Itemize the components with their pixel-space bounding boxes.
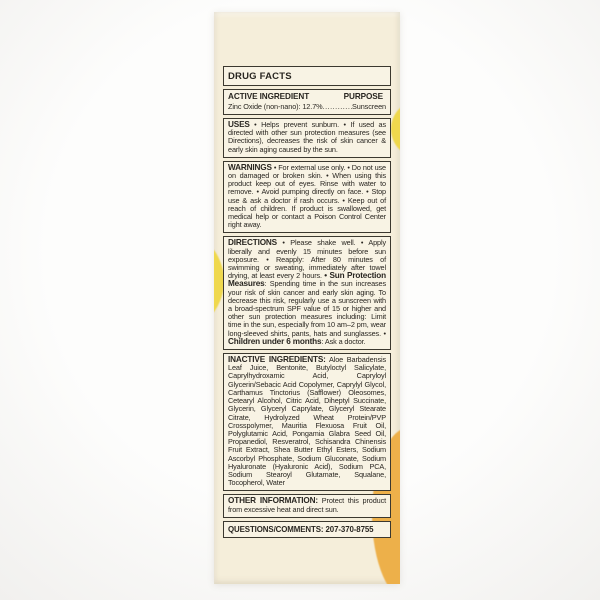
inactive-ingredients-section: INACTIVE INGREDIENTS: Aloe Barbadensis L… [223,353,391,491]
drug-facts-title-box: DRUG FACTS [223,66,391,86]
drug-facts-label: DRUG FACTS ACTIVE INGREDIENT PURPOSE Zin… [223,66,391,538]
warnings-text: • For external use only. • Do not use on… [228,163,386,229]
inactive-ingredients-text: Aloe Barbadensis Leaf Juice, Bentonite, … [228,355,386,487]
uses-section: USES • Helps prevent sunburn. • If used … [223,118,391,158]
purpose-value: Sunscreen [352,102,386,111]
directions-text-3: : Ask a doctor. [321,337,365,346]
drug-facts-title: DRUG FACTS [228,71,292,82]
active-ingredient-header-row: ACTIVE INGREDIENT PURPOSE [228,92,386,101]
questions-comments-label: QUESTIONS/COMMENTS: [228,525,323,534]
questions-comments-section: QUESTIONS/COMMENTS: 207-370-8755 [223,521,391,538]
other-information-section: OTHER INFORMATION: Protect this product … [223,494,391,517]
uses-text: • Helps prevent sunburn. • If used as di… [228,120,386,154]
active-ingredient-section: ACTIVE INGREDIENT PURPOSE Zinc Oxide (no… [223,89,391,115]
active-ingredient-row: Zinc Oxide (non-nano): 12.7%............… [228,102,386,111]
children-under-6-months-heading: Children under 6 months [228,337,321,346]
purpose-heading: PURPOSE [344,92,383,101]
questions-comments-phone: 207-370-8755 [326,525,374,534]
warnings-section: WARNINGS • For external use only. • Do n… [223,161,391,234]
active-ingredient-heading: ACTIVE INGREDIENT [228,92,309,101]
directions-text-2: : Spending time in the sun increases you… [228,279,386,337]
directions-section: DIRECTIONS • Please shake well. • Apply … [223,236,391,350]
product-box-panel: DRUG FACTS ACTIVE INGREDIENT PURPOSE Zin… [214,12,400,584]
active-ingredient-value: Zinc Oxide (non-nano): 12.7% [228,102,323,111]
dot-leader: ...................................... [323,102,352,111]
yellow-circle-right-decoration [391,100,400,158]
